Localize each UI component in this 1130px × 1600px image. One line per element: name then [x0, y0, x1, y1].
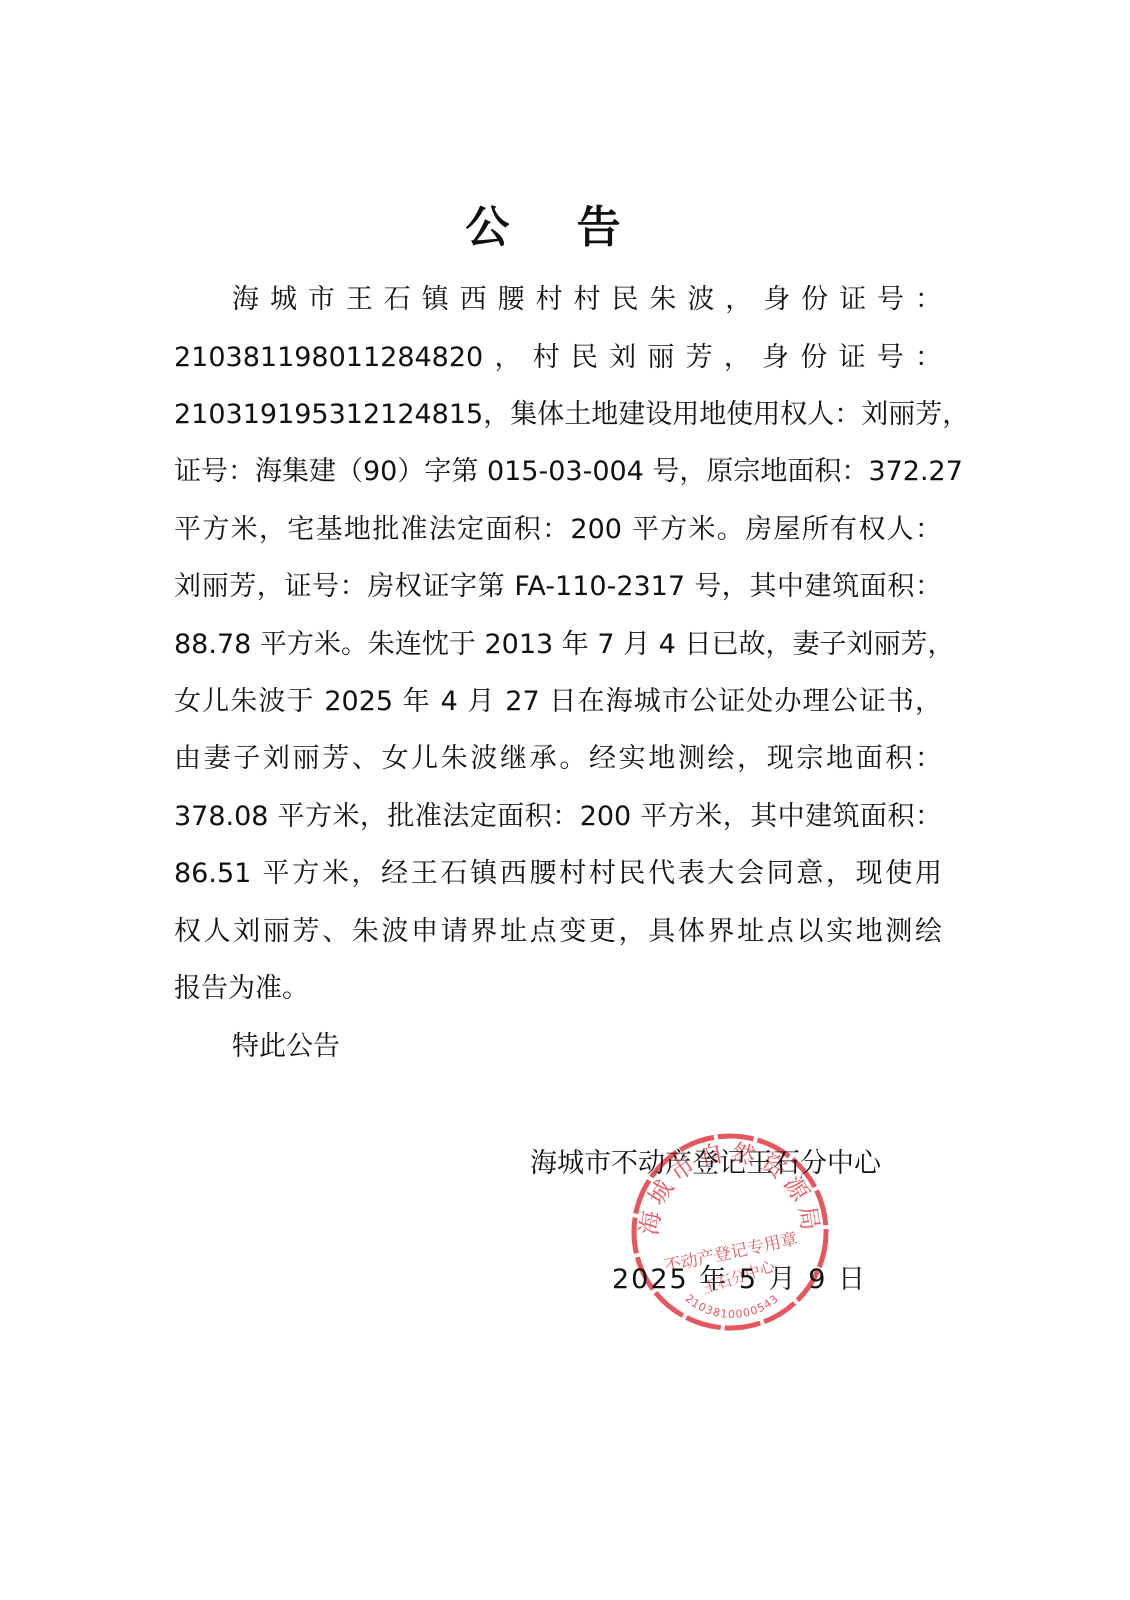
body-line: 88.78 平方米。朱连忱于 2013 年 7 月 4 日已故，妻子刘丽芳，: [174, 627, 942, 663]
body-line: 210381198011284820，村民刘丽芳，身份证号：: [174, 340, 942, 376]
issuer-name: 海城市不动产登记王石分中心: [530, 1146, 881, 1182]
body-line: 由妻子刘丽芳、女儿朱波继承。经实地测绘，现宗地面积：: [174, 741, 942, 777]
body-line: 210319195312124815，集体土地建设用地使用权人：刘丽芳，: [174, 397, 942, 433]
issue-date: 2025 年 5 月 9 日: [612, 1262, 867, 1298]
body-line: 海城市王石镇西腰村村民朱波，身份证号：: [232, 282, 942, 318]
body-line: 378.08 平方米，批准法定面积：200 平方米，其中建筑面积：: [174, 799, 942, 835]
body-line: 权人刘丽芳、朱波申请界址点变更，具体界址点以实地测绘: [174, 914, 942, 950]
body-line: 女儿朱波于 2025 年 4 月 27 日在海城市公证处办理公证书，: [174, 684, 942, 720]
body-line: 平方米，宅基地批准法定面积：200 平方米。房屋所有权人：: [174, 512, 942, 548]
document-page: 公 告 海城市王石镇西腰村村民朱波，身份证号： 2103811980112848…: [0, 0, 1130, 1600]
body-line: 86.51 平方米，经王石镇西腰村村民代表大会同意，现使用: [174, 856, 942, 892]
closing-text: 特此公告: [232, 1029, 942, 1065]
body-line: 报告为准。: [174, 971, 942, 1007]
body-line: 刘丽芳，证号：房权证字第 FA-110-2317 号，其中建筑面积：: [174, 569, 942, 605]
document-title: 公 告: [0, 198, 1112, 258]
body-line: 证号：海集建（90）字第 015-03-004 号，原宗地面积：372.27: [174, 454, 942, 490]
